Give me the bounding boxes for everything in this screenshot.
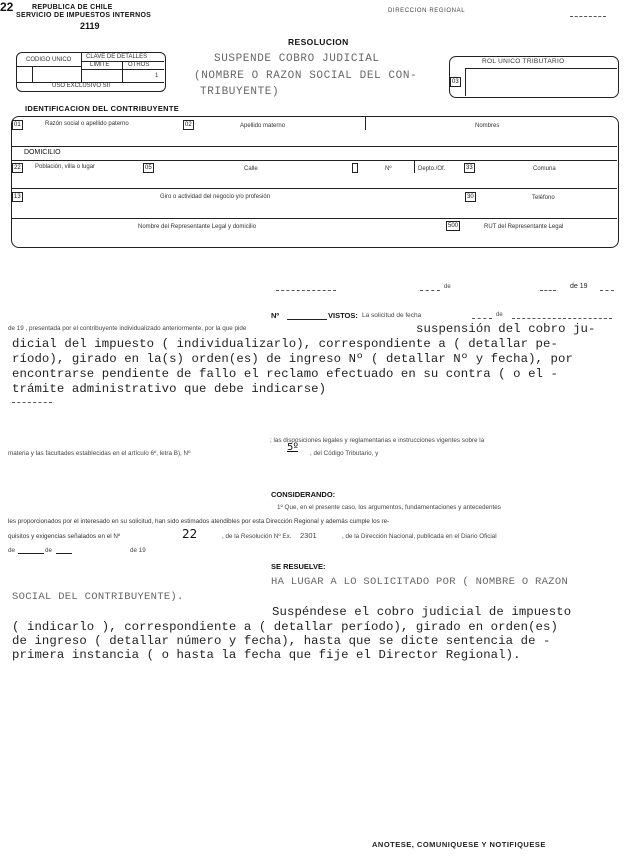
resolution-number-blank[interactable]: [287, 319, 327, 320]
codigo-unico-label: CODIGO UNICO: [26, 57, 71, 63]
form-number: 2119: [80, 21, 100, 31]
considerando-line-3c: , de la Dirección Nacional, publicada en…: [342, 533, 497, 540]
typed-p1-l4: encontrarse pendiente de fallo el reclam…: [12, 367, 558, 381]
legal-line-2a: materia y las facultades establecidas en…: [8, 450, 190, 457]
resuelve-line-2: SOCIAL DEL CONTRIBUYENTE).: [12, 591, 184, 603]
phone-label: Teléfono: [532, 195, 555, 201]
vistos-text: La solicitud de fecha: [362, 312, 421, 319]
date-de19-label: de 19: [570, 283, 588, 290]
para-intro: de 19 , presentada por el contribuyente …: [8, 325, 246, 332]
resuelve-line-6: primera instancia ( o hasta la fecha que…: [12, 648, 521, 662]
considerando-title: CONSIDERANDO:: [271, 490, 335, 499]
agency-name: SERVICIO DE IMPUESTOS INTERNOS: [16, 12, 151, 19]
nombres-label: Nombres: [475, 123, 499, 129]
legal-line-1: ; las disposiciones legales y reglamenta…: [270, 437, 484, 444]
page-number: 22: [0, 0, 13, 14]
domicile-title: DOMICILIO: [24, 149, 61, 156]
doc-type: RESOLUCION: [288, 37, 349, 47]
rut-title: ROL UNICO TRIBUTARIO: [482, 58, 564, 65]
field-code-22: 22: [12, 163, 23, 173]
vistos-day-blank[interactable]: [472, 318, 492, 319]
resuelve-line-4: ( indicarlo ), correspondiente a ( detal…: [12, 620, 558, 634]
legal-line-2b: , del Código Tributario, y: [310, 450, 378, 457]
field-code-500: 500: [446, 221, 460, 231]
identification-title: IDENTIFICACION DEL CONTRIBUYENTE: [25, 104, 179, 113]
regional-office-label: DIRECCION REGIONAL: [388, 8, 465, 14]
subject-line-2: (NOMBRE O RAZON SOCIAL DEL CON-: [194, 70, 417, 82]
rut-code: 03: [450, 77, 461, 87]
resuelve-line-5: de ingreso ( detallar número y fecha), h…: [12, 634, 551, 648]
depto-label: Depto./Of.: [418, 166, 445, 172]
diario-day-blank[interactable]: [18, 553, 44, 554]
year-blank[interactable]: [600, 290, 614, 291]
field-code-numero: [352, 163, 358, 173]
field-code-30: 30: [465, 192, 476, 202]
subject-line-1: SUSPENDE COBRO JUDICIAL: [214, 53, 380, 65]
typed-p1-l3: ríodo), girado en la(s) orden(es) de ing…: [12, 352, 573, 366]
field-code-05: 05: [143, 163, 154, 173]
date-de-label: de: [444, 284, 451, 290]
country-name: REPUBLICA DE CHILE: [32, 4, 113, 11]
considerando-line-4b: de: [45, 547, 52, 554]
rep-rut-label: RUT del Representante Legal: [484, 224, 563, 230]
blank-line[interactable]: [12, 402, 52, 403]
name-input[interactable]: [14, 131, 614, 143]
field-code-13: 13: [12, 192, 23, 202]
legal-article-number: 5º: [287, 442, 298, 453]
vistos-month-blank[interactable]: [512, 318, 612, 319]
typed-p1-l1: suspensión del cobro ju-: [416, 322, 596, 336]
otros-label: OTROS: [128, 62, 149, 68]
regional-office-blank[interactable]: [570, 16, 606, 17]
rut-input[interactable]: [470, 70, 614, 94]
vistos-de-label: de: [496, 312, 503, 318]
day-blank[interactable]: [420, 290, 440, 291]
resolution-ex-number: 2301: [300, 531, 317, 540]
considerando-line-1: 1º Que, en el presente caso, los argumen…: [277, 504, 501, 511]
representative-label: Nombre del Representante Legal y domicil…: [138, 224, 256, 230]
field-code-01: 01: [12, 120, 23, 130]
numero-label: Nº: [385, 166, 392, 172]
activity-input[interactable]: [14, 203, 614, 215]
subject-line-3: TRIBUYENTE): [200, 86, 279, 98]
limite-label: LIMITE: [90, 62, 109, 68]
activity-label: Giro o actividad del negocio y/o profesi…: [160, 194, 270, 200]
field-code-33: 33: [464, 163, 475, 173]
resuelve-line-3: Suspéndese el cobro judicial de impuesto: [272, 605, 571, 619]
comuna-label: Comuna: [533, 166, 556, 172]
code-box-value: 1: [155, 73, 158, 79]
considerando-line-2: les proporcionados por el interesado en …: [8, 518, 389, 525]
typed-p1-l5: trámite administrativo que debe indicars…: [12, 382, 326, 396]
uso-exclusivo-label: USO EXCLUSIVO SII: [52, 83, 110, 89]
apellido-materno-label: Apellido materno: [240, 123, 285, 129]
poblacion-label: Población, villa o lugar: [35, 164, 95, 170]
month-blank[interactable]: [540, 290, 556, 291]
vistos-label: VISTOS:: [328, 311, 358, 320]
place-blank[interactable]: [276, 290, 336, 291]
considerando-line-4c: de 19: [130, 547, 146, 554]
considerando-line-4a: de: [8, 547, 15, 554]
representative-input[interactable]: [14, 232, 614, 244]
considerando-line-3b: , de la Resolución Nº Ex.: [222, 533, 292, 540]
resuelve-title: SE RESUELVE:: [271, 562, 325, 571]
razon-social-label: Razón social o apellido paterno: [45, 121, 129, 127]
address-input[interactable]: [14, 174, 614, 186]
considerando-line-3a: quisitos y exigencias señalados en el Nº: [8, 533, 120, 540]
typed-p1-l2: dicial del impuesto ( individualizarlo),…: [12, 337, 558, 351]
field-code-02: 02: [183, 120, 194, 130]
numero-label: Nº: [271, 311, 279, 320]
clave-label: CLAVE DE DETALLES: [86, 54, 147, 60]
considerando-number: 22: [182, 527, 197, 541]
closing-formula: ANOTESE, COMUNIQUESE Y NOTIFIQUESE: [372, 840, 546, 849]
calle-label: Calle: [244, 166, 258, 172]
resuelve-line-1: HA LUGAR A LO SOLICITADO POR ( NOMBRE O …: [271, 576, 568, 588]
diario-month-blank[interactable]: [56, 553, 72, 554]
